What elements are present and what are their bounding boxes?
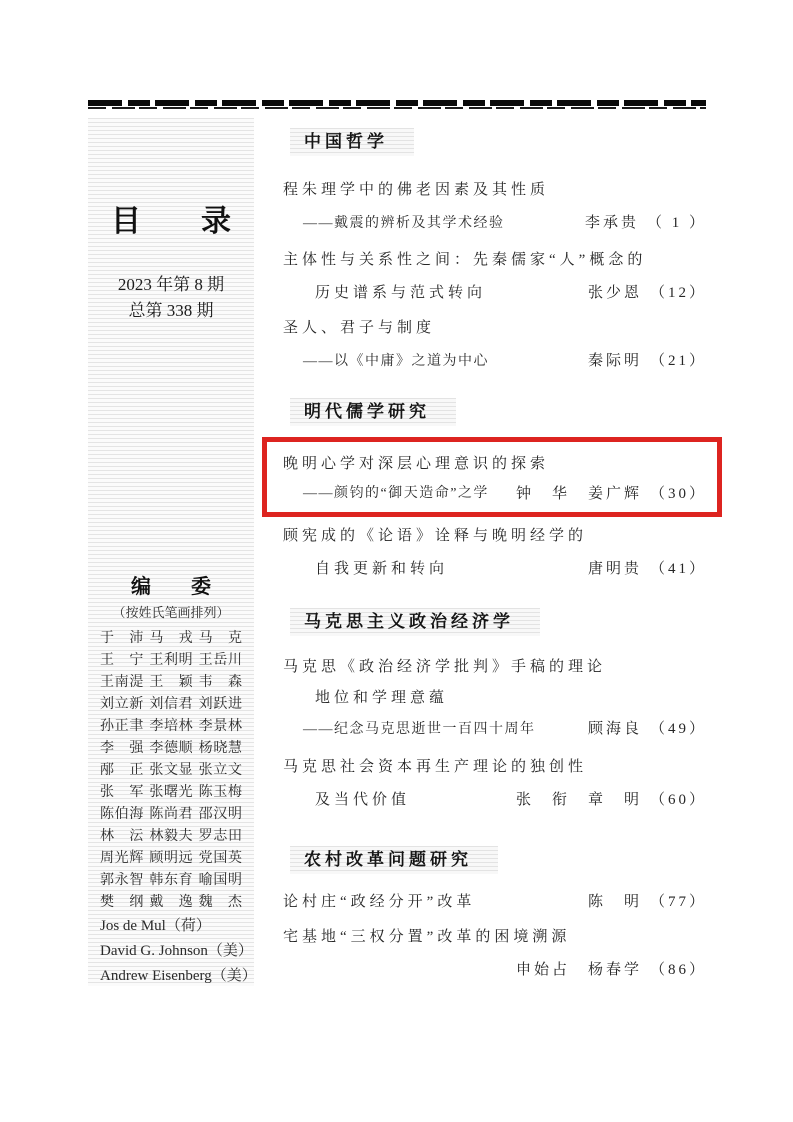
article-text: 马克思社会资本再生产理论的独创性 xyxy=(283,755,587,776)
article-page-number: （ 1 ） xyxy=(647,211,707,232)
editorial-member-name: 李德顺 xyxy=(149,737,192,757)
editorial-member-name: 韦森 xyxy=(199,671,242,691)
article-page-number: （49） xyxy=(650,717,707,738)
article-authors: 张少恩 xyxy=(588,281,642,302)
editorial-member-name: 林沄 xyxy=(100,825,143,845)
article-line: 历史谱系与范式转向张少恩（12） xyxy=(262,275,707,308)
article-text: ——颜钧的“御天造命”之学 xyxy=(303,482,489,502)
article-text: ——纪念马克思逝世一百四十周年 xyxy=(303,718,536,738)
article-line: ——戴震的辨析及其学术经验李承贵（ 1 ） xyxy=(262,205,707,238)
editorial-members: 于沛马戎马克王宁王利明王岳川王南湜王颖韦森刘立新刘信君刘跃进孙正聿李培林李景林李… xyxy=(88,626,254,912)
article-authors: 张 衔 章 明 xyxy=(516,788,642,809)
editorial-row: 于沛马戎马克 xyxy=(100,626,242,648)
editorial-row: 樊纲戴逸魏杰 xyxy=(100,890,242,912)
article-text: 顾宪成的《论语》诠释与晚明经学的 xyxy=(283,524,587,545)
editorial-member-name: 王南湜 xyxy=(100,671,143,691)
article-byline: 顾海良（49） xyxy=(588,717,707,738)
editorial-row: 张军张曙光陈玉梅 xyxy=(100,780,242,802)
article-highlighted: 晚明心学对深层心理意识的探索——颜钧的“御天造命”之学钟 华 姜广辉（30） xyxy=(262,437,722,517)
article-byline: 申始占 杨春学（86） xyxy=(516,958,707,979)
editorial-member-name: 喻国明 xyxy=(199,869,242,889)
article-authors: 陈 明 xyxy=(588,890,642,911)
article-authors: 李承贵 xyxy=(585,211,639,232)
article-authors: 唐明贵 xyxy=(588,557,642,578)
article: 马克思《政治经济学批判》手稿的理论地位和学理意蕴——纪念马克思逝世一百四十周年顾… xyxy=(262,650,707,743)
article-line: 马克思社会资本再生产理论的独创性 xyxy=(262,749,707,782)
article-byline: 唐明贵（41） xyxy=(588,557,707,578)
article-page-number: （60） xyxy=(650,788,707,809)
editorial-row: 林沄林毅夫罗志田 xyxy=(100,824,242,846)
section-header: 马克思主义政治经济学 xyxy=(290,608,540,636)
article-line: 晚明心学对深层心理意识的探索 xyxy=(267,447,707,477)
editorial-member-name: 刘立新 xyxy=(100,693,143,713)
editorial-row: 孙正聿李培林李景林 xyxy=(100,714,242,736)
article: 宅基地“三权分置”改革的困境溯源申始占 杨春学（86） xyxy=(262,919,707,985)
article-line: 及当代价值张 衔 章 明（60） xyxy=(262,782,707,815)
article-text: 宅基地“三权分置”改革的困境溯源 xyxy=(283,925,570,946)
toc-title: 目 录 xyxy=(88,204,254,240)
article-page-number: （41） xyxy=(650,557,707,578)
article-byline: 钟 华 姜广辉（30） xyxy=(516,482,707,503)
section-header: 明代儒学研究 xyxy=(290,398,456,426)
article-byline: 秦际明（21） xyxy=(588,349,707,370)
article-line: 程朱理学中的佛老因素及其性质 xyxy=(262,172,707,205)
article-line: ——颜钧的“御天造命”之学钟 华 姜广辉（30） xyxy=(267,477,707,507)
article-page-number: （12） xyxy=(650,281,707,302)
editorial-member-name: 郭永智 xyxy=(100,869,143,889)
article-text: 马克思《政治经济学批判》手稿的理论 xyxy=(283,655,606,676)
article-text: 及当代价值 xyxy=(315,788,410,809)
editorial-foreign-members: Jos de Mul（荷）David G. Johnson（美）Andrew E… xyxy=(88,912,254,989)
article-text: 历史谱系与范式转向 xyxy=(315,281,486,302)
editorial-member-name: 樊纲 xyxy=(100,891,143,911)
article-line: 马克思《政治经济学批判》手稿的理论 xyxy=(262,650,707,681)
article-line: 自我更新和转向唐明贵（41） xyxy=(262,551,707,584)
editorial-row: 王南湜王颖韦森 xyxy=(100,670,242,692)
issue-number: 2023 年第 8 期 xyxy=(88,274,254,296)
section-header: 中国哲学 xyxy=(290,128,414,156)
editorial-row: 邴正张文显张立文 xyxy=(100,758,242,780)
editorial-member-name: 李培林 xyxy=(149,715,192,735)
editorial-member-name: 党国英 xyxy=(199,847,242,867)
editorial-row: 刘立新刘信君刘跃进 xyxy=(100,692,242,714)
section-header: 农村改革问题研究 xyxy=(290,846,498,874)
editorial-board-note: （按姓氏笔画排列） xyxy=(88,604,254,622)
article-line: 宅基地“三权分置”改革的困境溯源 xyxy=(262,919,707,952)
article-page-number: （86） xyxy=(650,958,707,979)
editorial-row: 李强李德顺杨晓慧 xyxy=(100,736,242,758)
editorial-member-name: 于沛 xyxy=(100,627,143,647)
editorial-member-name: 顾明远 xyxy=(149,847,192,867)
article-line: ——以《中庸》之道为中心秦际明（21） xyxy=(262,343,707,376)
editorial-member-name: 陈玉梅 xyxy=(199,781,242,801)
editorial-member-name: 周光辉 xyxy=(100,847,143,867)
article-line: 圣人、君子与制度 xyxy=(262,310,707,343)
article: 主体性与关系性之间：先秦儒家“人”概念的历史谱系与范式转向张少恩（12） xyxy=(262,242,707,308)
editorial-member-name: 马克 xyxy=(199,627,242,647)
editorial-member-name: 戴逸 xyxy=(149,891,192,911)
editorial-row: 郭永智韩东育喻国明 xyxy=(100,868,242,890)
editorial-member-name: 林毅夫 xyxy=(149,825,192,845)
toc-sidebar: 目 录 2023 年第 8 期 总第 338 期 编 委 （按姓氏笔画排列） 于… xyxy=(88,118,254,986)
editorial-member-name: 邵汉明 xyxy=(199,803,242,823)
editorial-member-name: 陈尚君 xyxy=(149,803,192,823)
editorial-row: 王宁王利明王岳川 xyxy=(100,648,242,670)
editorial-member-name: 邴正 xyxy=(100,759,143,779)
article-byline: 李承贵（ 1 ） xyxy=(585,211,707,232)
editorial-member-name: 李景林 xyxy=(199,715,242,735)
toc-main: 中国哲学程朱理学中的佛老因素及其性质——戴震的辨析及其学术经验李承贵（ 1 ）主… xyxy=(262,0,707,1122)
editorial-row: 陈伯海陈尚君邵汉明 xyxy=(100,802,242,824)
article: 圣人、君子与制度——以《中庸》之道为中心秦际明（21） xyxy=(262,310,707,376)
article-text: ——戴震的辨析及其学术经验 xyxy=(303,212,505,232)
article-text: 论村庄“政经分开”改革 xyxy=(283,890,475,911)
editorial-member-name: 陈伯海 xyxy=(100,803,143,823)
article-line: ——纪念马克思逝世一百四十周年顾海良（49） xyxy=(262,712,707,743)
article-text: 主体性与关系性之间：先秦儒家“人”概念的 xyxy=(283,248,646,269)
article-byline: 张少恩（12） xyxy=(588,281,707,302)
article-page-number: （30） xyxy=(650,482,707,503)
editorial-member-name: 李强 xyxy=(100,737,143,757)
article-text: 圣人、君子与制度 xyxy=(283,316,435,337)
editorial-foreign-member: Jos de Mul（荷） xyxy=(100,914,254,939)
editorial-member-name: 魏杰 xyxy=(199,891,242,911)
article-byline: 张 衔 章 明（60） xyxy=(516,788,707,809)
article-text: 自我更新和转向 xyxy=(315,557,448,578)
editorial-member-name: 孙正聿 xyxy=(100,715,143,735)
article-page-number: （21） xyxy=(650,349,707,370)
article: 顾宪成的《论语》诠释与晚明经学的自我更新和转向唐明贵（41） xyxy=(262,518,707,584)
article-byline: 陈 明（77） xyxy=(588,890,707,911)
editorial-member-name: 刘信君 xyxy=(149,693,192,713)
article-authors: 钟 华 姜广辉 xyxy=(516,482,642,503)
article-text: 晚明心学对深层心理意识的探索 xyxy=(283,452,549,473)
editorial-member-name: 王利明 xyxy=(149,649,192,669)
editorial-member-name: 刘跃进 xyxy=(199,693,242,713)
article-text: ——以《中庸》之道为中心 xyxy=(303,350,489,370)
article-authors: 顾海良 xyxy=(588,717,642,738)
editorial-member-name: 韩东育 xyxy=(149,869,192,889)
article-line: 论村庄“政经分开”改革陈 明（77） xyxy=(262,884,707,917)
editorial-member-name: 杨晓慧 xyxy=(199,737,242,757)
article: 马克思社会资本再生产理论的独创性及当代价值张 衔 章 明（60） xyxy=(262,749,707,815)
cumulative-issue-number: 总第 338 期 xyxy=(88,300,254,322)
editorial-member-name: 王颖 xyxy=(149,671,192,691)
editorial-member-name: 王岳川 xyxy=(199,649,242,669)
article-line: 主体性与关系性之间：先秦儒家“人”概念的 xyxy=(262,242,707,275)
editorial-member-name: 张曙光 xyxy=(149,781,192,801)
article-page-number: （77） xyxy=(650,890,707,911)
article-text: 程朱理学中的佛老因素及其性质 xyxy=(283,178,549,199)
editorial-member-name: 张军 xyxy=(100,781,143,801)
editorial-member-name: 罗志田 xyxy=(199,825,242,845)
editorial-board-title: 编 委 xyxy=(88,574,254,600)
article: 程朱理学中的佛老因素及其性质——戴震的辨析及其学术经验李承贵（ 1 ） xyxy=(262,172,707,238)
article-line: 申始占 杨春学（86） xyxy=(262,952,707,985)
article-line: 地位和学理意蕴 xyxy=(262,681,707,712)
article: 论村庄“政经分开”改革陈 明（77） xyxy=(262,884,707,917)
editorial-member-name: 张文显 xyxy=(149,759,192,779)
article-authors: 秦际明 xyxy=(588,349,642,370)
editorial-row: 周光辉顾明远党国英 xyxy=(100,846,242,868)
article-text: 地位和学理意蕴 xyxy=(315,686,448,707)
article-line: 顾宪成的《论语》诠释与晚明经学的 xyxy=(262,518,707,551)
editorial-member-name: 马戎 xyxy=(149,627,192,647)
editorial-member-name: 张立文 xyxy=(199,759,242,779)
editorial-member-name: 王宁 xyxy=(100,649,143,669)
editorial-foreign-member: Andrew Eisenberg（美） xyxy=(100,964,254,989)
editorial-foreign-member: David G. Johnson（美） xyxy=(100,939,254,964)
article-authors: 申始占 杨春学 xyxy=(516,958,642,979)
